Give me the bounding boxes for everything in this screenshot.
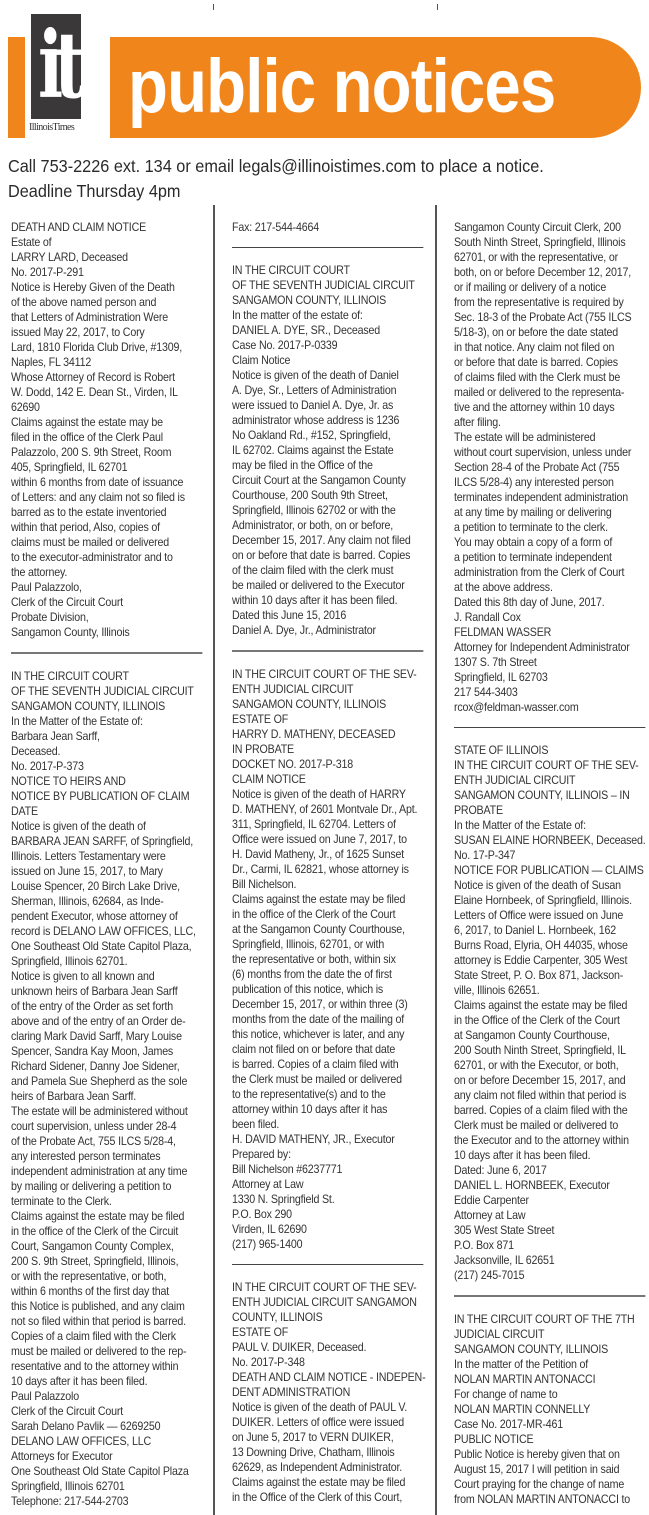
notice-line: (217) 965-1400 <box>232 1237 429 1252</box>
notice-line: Whose Attorney of Record is Robert <box>11 370 208 385</box>
notice-line: DOCKET NO. 2017-P-318 <box>232 757 429 772</box>
notice-line: No. 2017-P-348 <box>232 1355 429 1370</box>
notice-line: barred. Copies of a claim filed with the <box>454 1103 649 1118</box>
notice-line: Case No. 2017-P-0339 <box>232 338 429 353</box>
notice-line: 62701, or with the Executor, or both, <box>454 1058 649 1073</box>
notice-line: to the executor-administrator and to <box>11 550 208 565</box>
notice-line: Attorney at Law <box>232 1177 429 1192</box>
page-header: it IllinoisTimes public notices Call 753… <box>0 0 649 145</box>
notice-line: August 15, 2017 I will petition in said <box>454 1462 649 1477</box>
notice-separator <box>232 650 423 652</box>
notice-line: Dated: June 6, 2017 <box>454 1163 649 1178</box>
notice-line: Palazzolo, 200 S. 9th Street, Room <box>11 445 208 460</box>
notice-line: record is DELANO LAW OFFICES, LLC, <box>11 924 208 939</box>
notice-line: must be mailed or delivered to the rep- <box>11 1344 208 1359</box>
notice-line: the representative or both, within six <box>232 952 429 967</box>
notice-line: D. MATHENY, of 2601 Montvale Dr., Apt. <box>232 802 429 817</box>
notice-line: without court supervision, unless under <box>454 445 649 460</box>
notice-line: December 15, 2017. Any claim not filed <box>232 533 429 548</box>
notice-line: IN THE CIRCUIT COURT OF THE SEV- <box>232 667 429 682</box>
notice-dye-estate: IN THE CIRCUIT COURTOF THE SEVENTH JUDIC… <box>232 263 429 638</box>
notice-line: 200 S. 9th Street, Springfield, Illinois… <box>11 1254 208 1269</box>
notice-line: Letters of Office were issued on June <box>454 908 649 923</box>
notice-line: attorney within 10 days after it has <box>232 1102 429 1117</box>
notice-line: A. Dye, Sr., Letters of Administration <box>232 383 429 398</box>
notice-line: OF THE SEVENTH JUDICIAL CIRCUIT <box>11 684 208 699</box>
notice-line: IN THE CIRCUIT COURT OF THE SEV- <box>454 758 649 773</box>
column-divider <box>213 205 215 1515</box>
notice-line: claim not filed on or before that date <box>232 1042 429 1057</box>
notice-line: were issued to Daniel A. Dye, Jr. as <box>232 398 429 413</box>
notice-line: NOTICE FOR PUBLICATION — CLAIMS <box>454 863 649 878</box>
column-1: DEATH AND CLAIM NOTICEEstate ofLARRY LAR… <box>11 220 206 1509</box>
notice-line: Bill Nichelson #6237771 <box>232 1162 429 1177</box>
notice-line: Section 28-4 of the Probate Act (755 <box>454 460 649 475</box>
title-banner: public notices <box>110 37 641 138</box>
notice-duiker-continued: Sangamon County Circuit Clerk, 200South … <box>454 220 649 715</box>
notice-line: Naples, FL 34112 <box>11 355 208 370</box>
notice-line: been filed. <box>232 1117 429 1132</box>
notice-line: Springfield, Illinois, 62701, or with <box>232 937 429 952</box>
notice-line: Elaine Hornbeek, of Springfield, Illinoi… <box>454 893 649 908</box>
notice-line: this Notice is published, and any claim <box>11 1299 208 1314</box>
notice-line: Notice is given of the death of Susan <box>454 878 649 893</box>
notice-line: SUSAN ELAINE HORNBEEK, Deceased. <box>454 833 649 848</box>
notice-line: independent administration at any time <box>11 1164 208 1179</box>
notice-line: Notice is given of the death of <box>11 819 208 834</box>
notice-line: in the Office of the Clerk of the Court <box>454 1013 649 1028</box>
notice-line: both, on or before December 12, 2017, <box>454 265 649 280</box>
contact-line: Call 753-2226 ext. 134 or email legals@i… <box>8 154 544 179</box>
notice-line: No Oakland Rd., #152, Springfield, <box>232 428 429 443</box>
notice-line: Office were issued on June 7, 2017, to <box>232 832 429 847</box>
notice-line: Clerk must be mailed or delivered to <box>454 1118 649 1133</box>
notice-line: In the Matter of the Estate of: <box>11 714 208 729</box>
notice-line: No. 2017-P-373 <box>11 759 208 774</box>
notice-line: within 6 months from date of issuance <box>11 475 208 490</box>
notice-line: the Executor and to the attorney within <box>454 1133 649 1148</box>
notice-line: Illinois. Letters Testamentary were <box>11 849 208 864</box>
column-3: Sangamon County Circuit Clerk, 200South … <box>454 220 644 1507</box>
page-title: public notices <box>128 39 555 135</box>
notice-line: Circuit Court at the Sangamon County <box>232 473 429 488</box>
notice-line: above and of the entry of an Order de- <box>11 1014 208 1029</box>
notice-line: JUDICIAL CIRCUIT <box>454 1327 649 1342</box>
notice-line: W. Dodd, 142 E. Dean St., Virden, IL <box>11 385 208 400</box>
notice-line: H. David Matheny, Jr., of 1625 Sunset <box>232 847 429 862</box>
notice-line: PUBLIC NOTICE <box>454 1432 649 1447</box>
notice-line: For change of name to <box>454 1387 649 1402</box>
notice-line: IN THE CIRCUIT COURT OF THE SEV- <box>232 1280 429 1295</box>
notice-line: December 15, 2017, or within three (3) <box>232 997 429 1012</box>
notice-separator <box>454 1295 645 1297</box>
notice-line: a petition to terminate independent <box>454 550 649 565</box>
notice-line: The estate will be administered <box>454 430 649 445</box>
notice-line: PAUL V. DUIKER, Deceased. <box>232 1340 429 1355</box>
notice-line: Administrator, or both, on or before, <box>232 518 429 533</box>
notice-line: Claims against the estate may be filed <box>232 892 429 907</box>
notice-line: Notice is given of the death of PAUL V. <box>232 1400 429 1415</box>
notice-line: COUNTY, ILLINOIS <box>232 1310 429 1325</box>
notice-line: within that period, Also, copies of <box>11 520 208 535</box>
notice-line: or before that date is barred. Copies <box>454 355 649 370</box>
notice-line: Paul Palazzolo, <box>11 580 208 595</box>
notice-line: at any time by mailing or delivering <box>454 505 649 520</box>
notice-line: claring Mark David Sarff, Mary Louise <box>11 1029 208 1044</box>
notice-line: Sarah Delano Pavlik — 6269250 <box>11 1419 208 1434</box>
notice-line: Attorney at Law <box>454 1208 649 1223</box>
notice-line: Burns Road, Elyria, OH 44035, whose <box>454 938 649 953</box>
notice-line: of Letters: and any claim not so filed i… <box>11 490 208 505</box>
logo-wordmark: IllinoisTimes <box>29 122 85 133</box>
notice-line: IN THE CIRCUIT COURT OF THE 7TH <box>454 1312 649 1327</box>
notice-line: DANIEL L. HORNBEEK, Executor <box>454 1178 649 1193</box>
notice-line: attorney is Eddie Carpenter, 305 West <box>454 953 649 968</box>
notice-line: publication of this notice, which is <box>232 982 429 997</box>
notice-line: ESTATE OF <box>232 1325 429 1340</box>
notice-line: any claim not filed within that period i… <box>454 1088 649 1103</box>
notice-line: ESTATE OF <box>232 712 429 727</box>
notice-line: on June 5, 2017 to VERN DUIKER, <box>232 1430 429 1445</box>
notice-line: Clerk of the Circuit Court <box>11 595 208 610</box>
contact-info: Call 753-2226 ext. 134 or email legals@i… <box>8 154 544 204</box>
notice-line: Courthouse, 200 South 9th Street, <box>232 488 429 503</box>
notice-line: Virden, IL 62690 <box>232 1222 429 1237</box>
notice-line: 6, 2017, to Daniel L. Hornbeek, 162 <box>454 923 649 938</box>
notice-line: Clerk of the Circuit Court <box>11 1404 208 1419</box>
notice-line: the attorney. <box>11 565 208 580</box>
notice-line: mailed or delivered to the representa- <box>454 385 649 400</box>
notice-line: Attorneys for Executor <box>11 1449 208 1464</box>
illinois-times-logo: it <box>31 14 81 119</box>
notice-separator <box>232 247 423 248</box>
notice-line: be mailed or delivered to the Executor <box>232 578 429 593</box>
notice-line: ENTH JUDICIAL CIRCUIT SANGAMON <box>232 1295 429 1310</box>
notice-line: Sangamon County, Illinois <box>11 625 208 640</box>
notice-line: OF THE SEVENTH JUDICIAL CIRCUIT <box>232 278 429 293</box>
notice-line: Dated this June 15, 2016 <box>232 608 429 623</box>
notice-line: Barbara Jean Sarff, <box>11 729 208 744</box>
notice-line: Notice is Hereby Given of the Death <box>11 280 208 295</box>
notice-line: Louise Spencer, 20 Birch Lake Drive, <box>11 879 208 894</box>
notice-line: heirs of Barbara Jean Sarff. <box>11 1089 208 1104</box>
notice-separator <box>11 652 202 654</box>
notice-line: DATE <box>11 804 208 819</box>
notice-line: Probate Division, <box>11 610 208 625</box>
notice-line: PROBATE <box>454 803 649 818</box>
notice-line: Springfield, Illinois 62701. <box>11 954 208 969</box>
notice-line: months from the date of the mailing of <box>232 1012 429 1027</box>
notice-line: unknown heirs of Barbara Jean Sarff <box>11 984 208 999</box>
notice-line: In the matter of the estate of: <box>232 308 429 323</box>
notice-line: to the representative(s) and to the <box>232 1087 429 1102</box>
column-2: Fax: 217-544-4664 IN THE CIRCUIT COURTOF… <box>232 220 427 1505</box>
notice-line: on or before December 15, 2017, and <box>454 1073 649 1088</box>
notice-line: No. 2017-P-291 <box>11 265 208 280</box>
notice-line: ENTH JUDICIAL CIRCUIT <box>232 682 429 697</box>
notice-line: 405, Springfield, IL 62701 <box>11 460 208 475</box>
notice-line: Springfield, Illinois 62702 or with the <box>232 503 429 518</box>
notice-line: Fax: 217-544-4664 <box>232 220 429 235</box>
notice-line: DELANO LAW OFFICES, LLC <box>11 1434 208 1449</box>
notice-line: The estate will be administered without <box>11 1104 208 1119</box>
notice-line: or if mailing or delivery of a notice <box>454 280 649 295</box>
notice-line: 10 days after it has been filed. <box>11 1374 208 1389</box>
notice-line: after filing. <box>454 415 649 430</box>
deadline-line: Deadline Thursday 4pm <box>8 179 544 204</box>
notice-line: 62701, or with the representative, or <box>454 250 649 265</box>
notice-line: State Street, P. O. Box 871, Jackson- <box>454 968 649 983</box>
notice-line: P.O. Box 290 <box>232 1207 429 1222</box>
notice-line: SANGAMON COUNTY, ILLINOIS <box>232 697 429 712</box>
notice-line: Sec. 18-3 of the Probate Act (755 ILCS <box>454 310 649 325</box>
notice-line: IN THE CIRCUIT COURT <box>232 263 429 278</box>
notice-separator <box>232 1264 423 1265</box>
notice-line: in the office of the Clerk of the Court <box>232 907 429 922</box>
column-divider <box>435 205 437 1515</box>
notice-line: from NOLAN MARTIN ANTONACCI to <box>454 1492 649 1507</box>
notice-line: SANGAMON COUNTY, ILLINOIS <box>232 293 429 308</box>
notice-line: Claims against the estate may be filed <box>454 998 649 1013</box>
notice-line: of the above named person and <box>11 295 208 310</box>
notice-line: Court, Sangamon County Complex, <box>11 1239 208 1254</box>
notice-line: may be filed in the Office of the <box>232 458 429 473</box>
notice-line: 200 South Ninth Street, Springfield, IL <box>454 1043 649 1058</box>
notice-line: DUIKER. Letters of office were issued <box>232 1415 429 1430</box>
notice-line: 1307 S. 7th Street <box>454 655 649 670</box>
notice-line: Notice is given to all known and <box>11 969 208 984</box>
notice-line: You may obtain a copy of a form of <box>454 535 649 550</box>
notice-antonacci-name-change: IN THE CIRCUIT COURT OF THE 7THJUDICIAL … <box>454 1312 649 1507</box>
notice-line: Eddie Carpenter <box>454 1193 649 1208</box>
notice-line: STATE OF ILLINOIS <box>454 743 649 758</box>
notice-line: resentative and to the attorney within <box>11 1359 208 1374</box>
notice-line: administrator whose address is 1236 <box>232 413 429 428</box>
notice-line: 305 West State Street <box>454 1223 649 1238</box>
notice-line: Springfield, IL 62703 <box>454 670 649 685</box>
notice-line: IN THE CIRCUIT COURT <box>11 669 208 684</box>
notice-line: BARBARA JEAN SARFF, of Springfield, <box>11 834 208 849</box>
notice-sarff-estate: IN THE CIRCUIT COURTOF THE SEVENTH JUDIC… <box>11 669 208 1509</box>
notice-line: Jacksonville, IL 62651 <box>454 1253 649 1268</box>
notice-line: this notice, whichever is later, and any <box>232 1027 429 1042</box>
notice-line: issued May 22, 2017, to Cory <box>11 325 208 340</box>
notice-line: and Pamela Sue Shepherd as the sole <box>11 1074 208 1089</box>
notice-line: not so filed within that period is barre… <box>11 1314 208 1329</box>
notice-line: Claim Notice <box>232 353 429 368</box>
notice-line: (217) 245-7015 <box>454 1268 649 1283</box>
notice-line: Dr., Carmi, IL 62821, whose attorney is <box>232 862 429 877</box>
notice-line: DANIEL A. DYE, SR., Deceased <box>232 323 429 338</box>
notice-line: No. 17-P-347 <box>454 848 649 863</box>
notice-line: H. DAVID MATHENY, JR., Executor <box>232 1132 429 1147</box>
notice-line: NOLAN MARTIN ANTONACCI <box>454 1372 649 1387</box>
notice-line: 13 Downing Drive, Chatham, Illinois <box>232 1445 429 1460</box>
notice-line: DEATH AND CLAIM NOTICE <box>11 220 208 235</box>
notice-line: Telephone: 217-544-2703 <box>11 1494 208 1509</box>
notice-line: of claims filed with the Clerk must be <box>454 370 649 385</box>
notice-line: Case No. 2017-MR-461 <box>454 1417 649 1432</box>
notice-line: at the above address. <box>454 580 649 595</box>
notice-line: Daniel A. Dye, Jr., Administrator <box>232 623 429 638</box>
notice-line: Richard Sidener, Danny Joe Sidener, <box>11 1059 208 1074</box>
notice-line: Copies of a claim filed with the Clerk <box>11 1329 208 1344</box>
notice-hornbeek-estate: STATE OF ILLINOISIN THE CIRCUIT COURT OF… <box>454 743 649 1283</box>
notice-line: Bill Nichelson. <box>232 877 429 892</box>
notice-line: claims must be mailed or delivered <box>11 535 208 550</box>
notice-line: Notice is given of the death of HARRY <box>232 787 429 802</box>
notice-sarff-continued: Fax: 217-544-4664 <box>232 220 429 235</box>
notice-line: Claims against the estate may be <box>11 415 208 430</box>
notice-line: 62690 <box>11 400 208 415</box>
notice-line: ENTH JUDICIAL CIRCUIT <box>454 773 649 788</box>
notice-line: Sherman, Illinois, 62684, as Inde- <box>11 894 208 909</box>
notice-line: HARRY D. MATHENY, DECEASED <box>232 727 429 742</box>
notice-line: J. Randall Cox <box>454 610 649 625</box>
notice-line: on or before that date is barred. Copies <box>232 548 429 563</box>
notice-matheny-estate: IN THE CIRCUIT COURT OF THE SEV-ENTH JUD… <box>232 667 429 1252</box>
notice-line: Claims against the estate may be filed <box>11 1209 208 1224</box>
notice-line: One Southeast Old State Capitol Plaza <box>11 1464 208 1479</box>
notice-line: tive and the attorney within 10 days <box>454 400 649 415</box>
notice-line: Estate of <box>11 235 208 250</box>
notice-duiker-estate: IN THE CIRCUIT COURT OF THE SEV-ENTH JUD… <box>232 1280 429 1505</box>
notice-line: 1330 N. Springfield St. <box>232 1192 429 1207</box>
notice-line: SANGAMON COUNTY, ILLINOIS <box>454 1342 649 1357</box>
notice-line: is barred. Copies of a claim filed with <box>232 1057 429 1072</box>
notice-line: that Letters of Administration Were <box>11 310 208 325</box>
notice-line: terminate to the Clerk. <box>11 1194 208 1209</box>
notice-line: In the matter of the Petition of <box>454 1357 649 1372</box>
notice-line: South Ninth Street, Springfield, Illinoi… <box>454 235 649 250</box>
notice-line: ville, Illinois 62651. <box>454 983 649 998</box>
notice-line: P.O. Box 871 <box>454 1238 649 1253</box>
notice-line: Deceased. <box>11 744 208 759</box>
notice-lard-estate: DEATH AND CLAIM NOTICEEstate ofLARRY LAR… <box>11 220 208 640</box>
notice-line: in the office of the Clerk of the Circui… <box>11 1224 208 1239</box>
notice-line: a petition to terminate to the clerk. <box>454 520 649 535</box>
notice-line: barred as to the estate inventoried <box>11 505 208 520</box>
notice-line: from the representative is required by <box>454 295 649 310</box>
notice-line: Notice is given of the death of Daniel <box>232 368 429 383</box>
notice-line: SANGAMON COUNTY, ILLINOIS <box>11 699 208 714</box>
notice-line: at Sangamon County Courthouse, <box>454 1028 649 1043</box>
notice-line: IL 62702. Claims against the Estate <box>232 443 429 458</box>
notice-line: IN PROBATE <box>232 742 429 757</box>
notice-line: of the entry of the Order as set forth <box>11 999 208 1014</box>
notice-line: rcox@feldman-wasser.com <box>454 700 649 715</box>
notice-line: any interested person terminates <box>11 1149 208 1164</box>
notice-line: SANGAMON COUNTY, ILLINOIS – IN <box>454 788 649 803</box>
notice-line: or with the representative, or both, <box>11 1269 208 1284</box>
notice-line: 311, Springfield, IL 62704. Letters of <box>232 817 429 832</box>
notice-line: Spencer, Sandra Kay Moon, James <box>11 1044 208 1059</box>
notice-line: NOTICE BY PUBLICATION OF CLAIM <box>11 789 208 804</box>
notice-line: Dated this 8th day of June, 2017. <box>454 595 649 610</box>
notice-line: within 6 months of the first day that <box>11 1284 208 1299</box>
notice-line: 10 days after it has been filed. <box>454 1148 649 1163</box>
notice-separator <box>454 727 645 728</box>
notice-line: NOTICE TO HEIRS AND <box>11 774 208 789</box>
notice-line: ILCS 5/28-4) any interested person <box>454 475 649 490</box>
header-accent-strip <box>8 37 25 138</box>
notice-line: Prepared by: <box>232 1147 429 1162</box>
notice-line: issued on June 15, 2017, to Mary <box>11 864 208 879</box>
notice-line: CLAIM NOTICE <box>232 772 429 787</box>
notice-line: LARRY LARD, Deceased <box>11 250 208 265</box>
notice-line: 5/18-3), on or before the date stated <box>454 325 649 340</box>
notice-line: 217 544-3403 <box>454 685 649 700</box>
notice-line: by mailing or delivering a petition to <box>11 1179 208 1194</box>
notice-line: DENT ADMINISTRATION <box>232 1385 429 1400</box>
logo-it-mark: it <box>38 14 74 119</box>
notice-line: in that notice. Any claim not filed on <box>454 340 649 355</box>
notice-line: administration from the Clerk of Court <box>454 565 649 580</box>
notice-line: (6) months from the date the of first <box>232 967 429 982</box>
notice-line: in the Office of the Clerk of this Court… <box>232 1490 429 1505</box>
notice-line: FELDMAN WASSER <box>454 625 649 640</box>
notice-line: Paul Palazzolo <box>11 1389 208 1404</box>
notice-line: Public Notice is hereby given that on <box>454 1447 649 1462</box>
notice-line: Sangamon County Circuit Clerk, 200 <box>454 220 649 235</box>
notice-line: court supervision, unless under 28-4 <box>11 1119 208 1134</box>
notice-line: terminates independent administration <box>454 490 649 505</box>
notice-line: Court praying for the change of name <box>454 1477 649 1492</box>
notice-line: of the claim filed with the clerk must <box>232 563 429 578</box>
notice-line: pendent Executor, whose attorney of <box>11 909 208 924</box>
notice-line: within 10 days after it has been filed. <box>232 593 429 608</box>
notice-line: filed in the office of the Clerk Paul <box>11 430 208 445</box>
notice-line: at the Sangamon County Courthouse, <box>232 922 429 937</box>
notice-line: One Southeast Old State Capitol Plaza, <box>11 939 208 954</box>
notice-line: Attorney for Independent Administrator <box>454 640 649 655</box>
notice-line: Lard, 1810 Florida Club Drive, #1309, <box>11 340 208 355</box>
notice-line: DEATH AND CLAIM NOTICE - INDEPEN- <box>232 1370 429 1385</box>
notice-line: of the Probate Act, 755 ILCS 5/28-4, <box>11 1134 208 1149</box>
notice-line: NOLAN MARTIN CONNELLY <box>454 1402 649 1417</box>
notice-line: In the Matter of the Estate of: <box>454 818 649 833</box>
notice-line: the Clerk must be mailed or delivered <box>232 1072 429 1087</box>
notice-line: Claims against the estate may be filed <box>232 1475 429 1490</box>
notice-line: 62629, as Independent Administrator. <box>232 1460 429 1475</box>
notice-line: Springfield, Illinois 62701 <box>11 1479 208 1494</box>
